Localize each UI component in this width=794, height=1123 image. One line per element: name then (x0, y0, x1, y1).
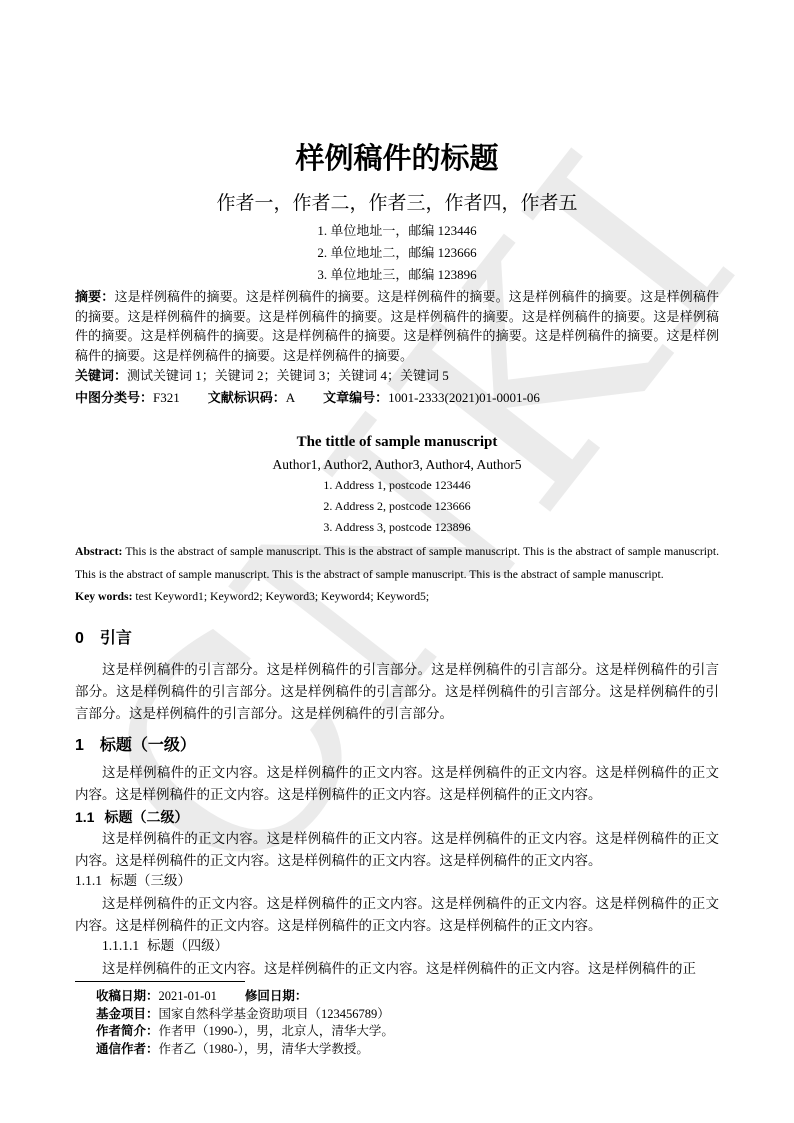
doc-code-label: 文献标识码： (208, 390, 286, 405)
section-heading-1-1-1: 1.1.1标题（三级） (75, 872, 719, 890)
author-bio-value: 作者甲（1990-），男，北京人，清华大学。 (159, 1024, 394, 1038)
fund-value: 国家自然科学基金资助项目（123456789） (159, 1007, 390, 1021)
section-heading-1: 1标题（一级） (75, 736, 719, 756)
section-body: 这是样例稿件的正文内容。这是样例稿件的正文内容。这是样例稿件的正文内容。这是样例… (75, 958, 719, 980)
en-abstract-label: Abstract: (75, 545, 122, 558)
en-authors: Author1, Author2, Author3, Author4, Auth… (75, 454, 719, 475)
footnote-rule (75, 981, 245, 982)
received-date-value: 2021-01-01 (159, 989, 217, 1003)
en-address-block: 1. Address 1, postcode 123446 2. Address… (75, 475, 719, 538)
en-abstract-text: This is the abstract of sample manuscrip… (75, 545, 719, 581)
en-address-line: 2. Address 2, postcode 123666 (75, 496, 719, 517)
en-address-line: 1. Address 1, postcode 123446 (75, 475, 719, 496)
en-title: The tittle of sample manuscript (75, 430, 719, 454)
cn-address-line: 1. 单位地址一，邮编 123446 (75, 220, 719, 242)
corresponding-author-label: 通信作者： (96, 1042, 159, 1056)
cn-address-line: 3. 单位地址三，邮编 123896 (75, 264, 719, 286)
cn-keywords-text: 测试关键词 1；关键词 2；关键词 3；关键词 4；关键词 5 (127, 368, 449, 383)
footnote-dates: 收稿日期：2021-01-01修回日期： (75, 988, 720, 1006)
cn-abstract-label: 摘要： (75, 289, 114, 304)
cn-keywords: 关键词：测试关键词 1；关键词 2；关键词 3；关键词 4；关键词 5 (75, 365, 719, 386)
section-heading-1-1: 1.1标题（二级） (75, 808, 719, 826)
en-abstract: Abstract: This is the abstract of sample… (75, 541, 719, 586)
doc-code-value: A (286, 390, 295, 405)
received-date-label: 收稿日期： (96, 989, 159, 1003)
section-body: 这是样例稿件的正文内容。这是样例稿件的正文内容。这是样例稿件的正文内容。这是样例… (75, 828, 719, 872)
section-body: 这是样例稿件的正文内容。这是样例稿件的正文内容。这是样例稿件的正文内容。这是样例… (75, 762, 719, 806)
section-body: 这是样例稿件的正文内容。这是样例稿件的正文内容。这是样例稿件的正文内容。这是样例… (75, 893, 719, 937)
section-heading-1-1-1-1: 1.1.1.1标题（四级） (75, 937, 719, 955)
footnote-corresponding-author: 通信作者：作者乙（1980-），男，清华大学教授。 (75, 1041, 720, 1059)
en-keywords-label: Key words: (75, 590, 132, 603)
section-title: 标题（四级） (147, 938, 228, 953)
section-body: 这是样例稿件的引言部分。这是样例稿件的引言部分。这是样例稿件的引言部分。这是样例… (75, 659, 719, 725)
cn-authors: 作者一，作者二，作者三，作者四，作者五 (75, 191, 719, 216)
clc-label: 中图分类号： (75, 390, 153, 405)
section-title: 标题（一级） (100, 737, 196, 754)
section-number: 1.1.1.1 (102, 938, 139, 953)
fund-label: 基金项目： (96, 1007, 159, 1021)
revised-date-label: 修回日期： (245, 989, 308, 1003)
cn-classification-line: 中图分类号：F321文献标识码：A文章编号：1001-2333(2021)01-… (75, 388, 719, 408)
section-title: 标题（三级） (110, 873, 191, 888)
article-no-label: 文章编号： (323, 390, 388, 405)
section-number: 1.1.1 (75, 873, 102, 888)
corresponding-author-value: 作者乙（1980-），男，清华大学教授。 (159, 1042, 369, 1056)
section-number: 1 (75, 737, 84, 754)
document-page: 样例稿件的标题 作者一，作者二，作者三，作者四，作者五 1. 单位地址一，邮编 … (0, 0, 794, 1123)
cn-abstract: 摘要：这是样例稿件的摘要。这是样例稿件的摘要。这是样例稿件的摘要。这是样例稿件的… (75, 287, 719, 365)
en-keywords: Key words: test Keyword1; Keyword2; Keyw… (75, 586, 719, 608)
cn-address-line: 2. 单位地址二，邮编 123666 (75, 242, 719, 264)
section-number: 1.1 (75, 809, 94, 825)
cn-title: 样例稿件的标题 (75, 141, 719, 178)
cn-address-block: 1. 单位地址一，邮编 123446 2. 单位地址二，邮编 123666 3.… (75, 220, 719, 286)
footnote-block: 收稿日期：2021-01-01修回日期： 基金项目：国家自然科学基金资助项目（1… (75, 981, 720, 1058)
cn-keywords-label: 关键词： (75, 368, 127, 383)
footnote-author-bio: 作者简介：作者甲（1990-），男，北京人，清华大学。 (75, 1023, 720, 1041)
section-title: 标题（二级） (104, 809, 188, 825)
section-heading-0: 0引言 (75, 629, 719, 649)
en-address-line: 3. Address 3, postcode 123896 (75, 517, 719, 538)
section-number: 0 (75, 630, 84, 647)
footnote-fund: 基金项目：国家自然科学基金资助项目（123456789） (75, 1006, 720, 1024)
en-keywords-text: test Keyword1; Keyword2; Keyword3; Keywo… (132, 590, 429, 603)
clc-value: F321 (153, 390, 180, 405)
article-no-value: 1001-2333(2021)01-0001-06 (388, 390, 540, 405)
author-bio-label: 作者简介： (96, 1024, 159, 1038)
cn-abstract-text: 这是样例稿件的摘要。这是样例稿件的摘要。这是样例稿件的摘要。这是样例稿件的摘要。… (75, 289, 719, 363)
section-title: 引言 (100, 630, 132, 647)
